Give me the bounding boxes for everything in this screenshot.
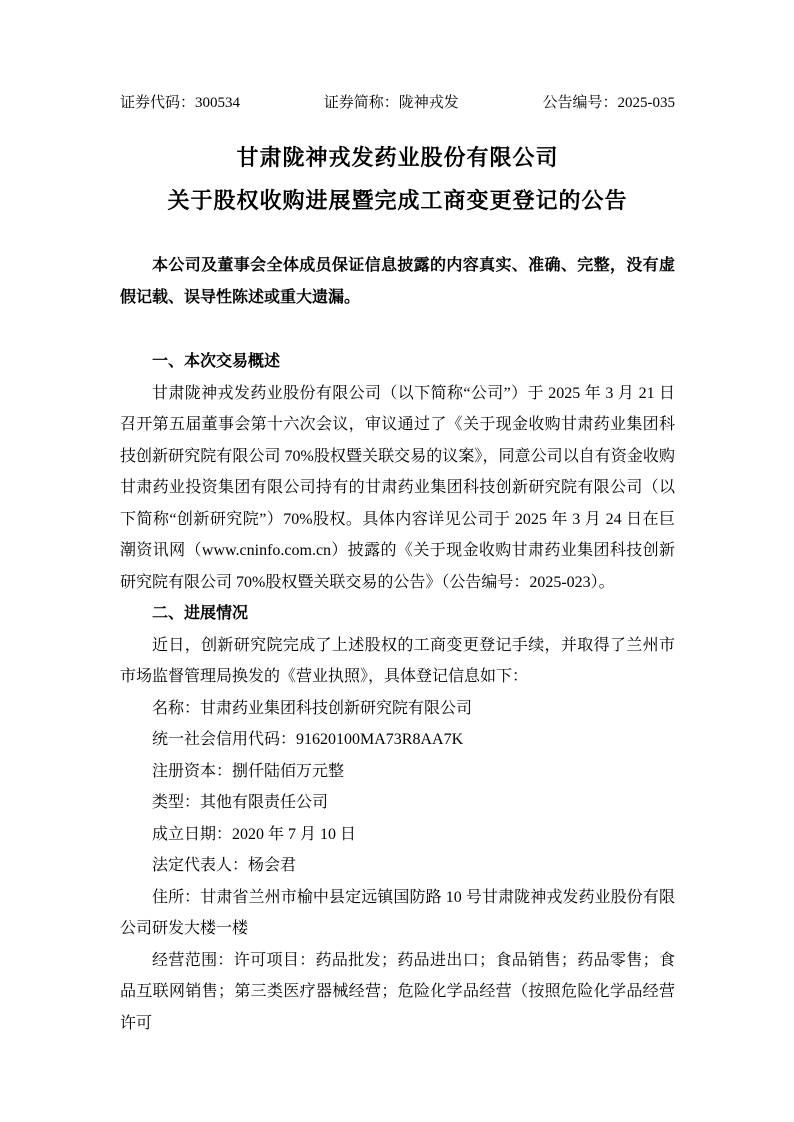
announcement-page: 证券代码：300534 证券简称：陇神戎发 公告编号：2025-035 甘肃陇神… xyxy=(0,0,794,1122)
reg-info-business-scope: 经营范围：许可项目：药品批发；药品进出口；食品销售；药品零售；食品互联网销售；第… xyxy=(120,945,675,1040)
reg-info-establish-date: 成立日期：2020 年 7 月 10 日 xyxy=(120,819,675,851)
company-name-title: 甘肃陇神戎发药业股份有限公司 xyxy=(120,136,675,179)
reg-info-address: 住所：甘肃省兰州市榆中县定远镇国防路 10 号甘肃陇神戎发药业股份有限公司研发大… xyxy=(120,882,675,945)
section-2-intro: 近日，创新研究院完成了上述股权的工商变更登记手续，并取得了兰州市市场监督管理局换… xyxy=(120,630,675,693)
reg-info-company-type: 类型：其他有限责任公司 xyxy=(120,787,675,819)
section-1-body: 甘肃陇神戎发药业股份有限公司（以下简称“公司”）于 2025 年 3 月 21 … xyxy=(120,378,675,599)
stock-code: 证券代码：300534 xyxy=(120,95,240,112)
reg-info-credit-code: 统一社会信用代码：91620100MA73R8AA7K xyxy=(120,724,675,756)
announcement-title: 关于股权收购进展暨完成工商变更登记的公告 xyxy=(120,179,675,222)
announcement-number: 公告编号：2025-035 xyxy=(543,95,676,112)
reg-info-registered-capital: 注册资本：捌仟陆佰万元整 xyxy=(120,756,675,788)
reg-info-name: 名称：甘肃药业集团科技创新研究院有限公司 xyxy=(120,693,675,725)
section-2-heading: 二、进展情况 xyxy=(120,598,675,630)
document-header: 证券代码：300534 证券简称：陇神戎发 公告编号：2025-035 xyxy=(120,95,675,112)
reg-info-legal-representative: 法定代表人：杨会君 xyxy=(120,850,675,882)
stock-short-name: 证券简称：陇神戎发 xyxy=(324,95,459,112)
section-1-heading: 一、本次交易概述 xyxy=(120,346,675,378)
title-block: 甘肃陇神戎发药业股份有限公司 关于股权收购进展暨完成工商变更登记的公告 xyxy=(120,136,675,222)
board-declaration: 本公司及董事会全体成员保证信息披露的内容真实、准确、完整，没有虚假记载、误导性陈… xyxy=(120,250,675,314)
